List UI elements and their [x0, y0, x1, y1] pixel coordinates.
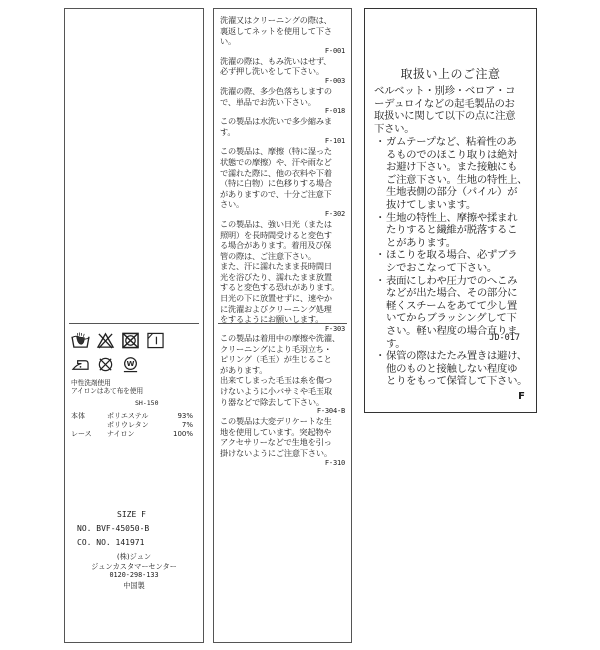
- instruction-line: さい。: [220, 199, 345, 210]
- fiber-material: ポリウレタン: [107, 421, 169, 430]
- instruction-line: 出来てしまった毛玉は糸を傷つ: [220, 375, 345, 386]
- fiber-percent: 100%: [169, 430, 193, 439]
- instruction-line: この製品は着用中の摩擦や洗濯、: [220, 333, 345, 344]
- handling-intro: ベルベット・別珍・ベロア・コーデュロイなどの起毛製品のお取扱いに関して以下の点に…: [374, 85, 530, 135]
- label-divider: [218, 323, 347, 324]
- wet-clean-icon: W: [121, 356, 140, 373]
- instruction-line: 裏返してネットを使用して下さ: [220, 26, 345, 37]
- instruction-line: い。: [220, 36, 345, 47]
- fiber-row: ポリウレタン 7%: [71, 421, 197, 430]
- hand-wash-40-icon: [71, 332, 90, 349]
- size-mark: F: [518, 391, 525, 402]
- fiber-table: 本体 ポリエステル 93% ポリウレタン 7% レース ナイロン 100%: [71, 412, 197, 439]
- instruction-line: 照明）を長時間受けると変色す: [220, 230, 345, 241]
- handling-bullet: ・保管の際はたたみ置きは避け、他のものと接触しない程度ゆとりをもって保管して下さ…: [374, 350, 530, 388]
- instruction-line: クリーニングにより毛羽立ち・: [220, 344, 345, 355]
- bullet-line: ご注意下さい。生地の特性上、: [386, 174, 527, 187]
- instruction-line: 洗濯の際は、もみ洗いはせず、: [220, 56, 345, 67]
- label-code: SH-150: [135, 399, 197, 408]
- company-name: (株)ジュン: [71, 552, 197, 562]
- bullet-line: 他のものと接触しない程度ゆ: [386, 363, 527, 376]
- bullet-line: たりすると繊維が脱落するこ: [386, 224, 517, 237]
- instruction-code: F-310: [220, 459, 345, 468]
- handling-bullet: ・ガムテープなど、粘着性のあるものでのほこり取りは絶対お避け下さい。また接触にも…: [374, 136, 530, 212]
- instruction-line: があります。: [220, 365, 345, 376]
- instruction-line: 掛けないようにご注意下さい。: [220, 448, 345, 459]
- care-symbols-row-2: W: [71, 356, 140, 373]
- instruction-line: 地を使用しています。突起物や: [220, 427, 345, 438]
- instruction-code: F-101: [220, 137, 345, 146]
- no-dryclean-icon: [96, 356, 115, 373]
- bullet-line: ほこりを取る場合、必ずブラ: [386, 249, 517, 262]
- handling-bullets: ・ガムテープなど、粘着性のあるものでのほこり取りは絶対お避け下さい。また接触にも…: [374, 136, 530, 388]
- care-label-left: W 中性洗剤使用 アイロンはあて布を使用 SH-150 本体 ポリエステル 93…: [64, 8, 204, 643]
- care-instructions-lower: この製品は着用中の摩擦や洗濯、クリーニングにより毛羽立ち・ピリング（毛玉）が生じ…: [220, 333, 345, 468]
- bullet-dot: ・: [374, 136, 386, 212]
- instruction-line: 日光の下に放置せずに、速やか: [220, 293, 345, 304]
- bullet-line: とがあります。: [386, 237, 517, 250]
- care-label-middle: 洗濯又はクリーニングの際は、裏返してネットを使用して下さい。F-001洗濯の際は…: [213, 8, 352, 643]
- fiber-material: ナイロン: [107, 430, 169, 439]
- company-info: (株)ジュン ジュンカスタマーセンター 0120-298-133 中国製: [71, 552, 197, 590]
- instruction-code: F-304-B: [220, 407, 345, 416]
- care-symbols-row-1: [71, 332, 165, 349]
- fiber-percent: 7%: [169, 421, 193, 430]
- bullet-line: 保管の際はたたみ置きは避け、: [386, 350, 527, 363]
- fiber-row: レース ナイロン 100%: [71, 430, 197, 439]
- iron-low-icon: [71, 356, 90, 373]
- instruction-line: この製品は、摩擦（特に湿った: [220, 146, 345, 157]
- instruction-line: る場合があります。着用及び保: [220, 240, 345, 251]
- no-bleach-icon: [96, 332, 115, 349]
- intro-line: 取扱いに関して以下の点に注意: [374, 110, 530, 123]
- bullet-dot: ・: [374, 350, 386, 388]
- instruction-line: けないように小バサミや毛玉取: [220, 386, 345, 397]
- bullet-dot: ・: [374, 249, 386, 274]
- label-code: JD-017: [371, 334, 520, 343]
- care-instructions-upper: 洗濯又はクリーニングの際は、裏返してネットを使用して下さい。F-001洗濯の際は…: [220, 15, 345, 334]
- instruction-line: この製品は、強い日光（または: [220, 219, 345, 230]
- bullet-line: お避け下さい。また接触にも: [386, 161, 527, 174]
- bullet-line: るものでのほこり取りは絶対: [386, 149, 527, 162]
- bullet-line: 軽くスチームをあてて少し置: [386, 300, 517, 313]
- handling-title: 取扱い上のご注意: [365, 65, 536, 82]
- bullet-line: ガムテープなど、粘着性のあ: [386, 136, 527, 149]
- instruction-line: アクセサリーなどで生地を引っ: [220, 437, 345, 448]
- no-tumble-dry-icon: [121, 332, 140, 349]
- instruction-line: 管の際は、ご注意下さい。: [220, 251, 345, 262]
- instruction-line: 洗濯又はクリーニングの際は、: [220, 15, 345, 26]
- bullet-line: などが出た場合、その部分に: [386, 287, 517, 300]
- bullet-line: 生地表側の部分（パイル）が: [386, 186, 527, 199]
- care-notes: 中性洗剤使用 アイロンはあて布を使用: [71, 379, 197, 395]
- instruction-line: 必ず押し洗いをして下さい。: [220, 66, 345, 77]
- bullet-line: いてからブラッシングして下: [386, 312, 517, 325]
- instruction-line: に洗濯およびクリーニング処理: [220, 304, 345, 315]
- instruction-line: 洗濯の際、多少色落ちしますの: [220, 86, 345, 97]
- fiber-row: 本体 ポリエステル 93%: [71, 412, 197, 421]
- bullet-line: 生地の特性上、摩擦や揉まれ: [386, 212, 517, 225]
- intro-line: ベルベット・別珍・ベロア・コ: [374, 85, 530, 98]
- bullet-line: とりをもって保管して下さい。: [386, 375, 527, 388]
- svg-text:W: W: [127, 359, 135, 368]
- care-note: アイロンはあて布を使用: [71, 387, 197, 395]
- fiber-part: [71, 421, 107, 430]
- size-label: SIZE F: [117, 510, 197, 519]
- bullet-line: 抜けてしまいます。: [386, 199, 527, 212]
- instruction-line: この製品は大変デリケートな生: [220, 416, 345, 427]
- instruction-line: す。: [220, 127, 345, 138]
- instruction-code: F-302: [220, 210, 345, 219]
- instruction-line: ピリング（毛玉）が生じること: [220, 354, 345, 365]
- phone-number: 0120-298-133: [71, 571, 197, 581]
- instruction-line: がありますので、十分ご注意下: [220, 189, 345, 200]
- instruction-line: すると変色する恐れがあります。: [220, 282, 345, 293]
- bullet-dot: ・: [374, 212, 386, 250]
- fiber-part: 本体: [71, 412, 107, 421]
- handling-bullet: ・生地の特性上、摩擦や揉まれたりすると繊維が脱落することがあります。: [374, 212, 530, 250]
- instruction-line: 光を浴びたり、濡れたまま放置: [220, 272, 345, 283]
- instruction-code: F-003: [220, 77, 345, 86]
- handling-bullet: ・ほこりを取る場合、必ずブラシでおこなって下さい。: [374, 249, 530, 274]
- instruction-line: り器などで除去して下さい。: [220, 397, 345, 408]
- line-dry-shade-icon: [146, 332, 165, 349]
- instruction-line: この製品は水洗いで多少縮みま: [220, 116, 345, 127]
- instruction-line: また、汗に濡れたまま長時間日: [220, 261, 345, 272]
- intro-line: 下さい。: [374, 123, 530, 136]
- care-note: 中性洗剤使用: [71, 379, 197, 387]
- label-divider: [69, 323, 199, 324]
- fiber-material: ポリエステル: [107, 412, 169, 421]
- bullet-line: シでおこなって下さい。: [386, 262, 517, 275]
- co-number: CO. NO. 141971: [77, 538, 197, 547]
- fiber-percent: 93%: [169, 412, 193, 421]
- instruction-line: で濡れた際に、他の衣料や下着: [220, 168, 345, 179]
- instruction-line: （特に白物）に色移りする場合: [220, 178, 345, 189]
- customer-center: ジュンカスタマーセンター: [71, 562, 197, 572]
- bullet-line: 表面にしわや圧力でのへこみ: [386, 275, 517, 288]
- instruction-code: F-018: [220, 107, 345, 116]
- instruction-line: で、単品でお洗い下さい。: [220, 97, 345, 108]
- intro-line: ーデュロイなどの起毛製品のお: [374, 98, 530, 111]
- country-of-origin: 中国製: [71, 581, 197, 591]
- product-number: NO. BVF-45050-B: [77, 524, 197, 533]
- care-label-right: 取扱い上のご注意 ベルベット・別珍・ベロア・コーデュロイなどの起毛製品のお取扱い…: [364, 8, 537, 413]
- instruction-line: 状態での摩擦）や、汗や雨など: [220, 157, 345, 168]
- instruction-code: F-001: [220, 47, 345, 56]
- fiber-part: レース: [71, 430, 107, 439]
